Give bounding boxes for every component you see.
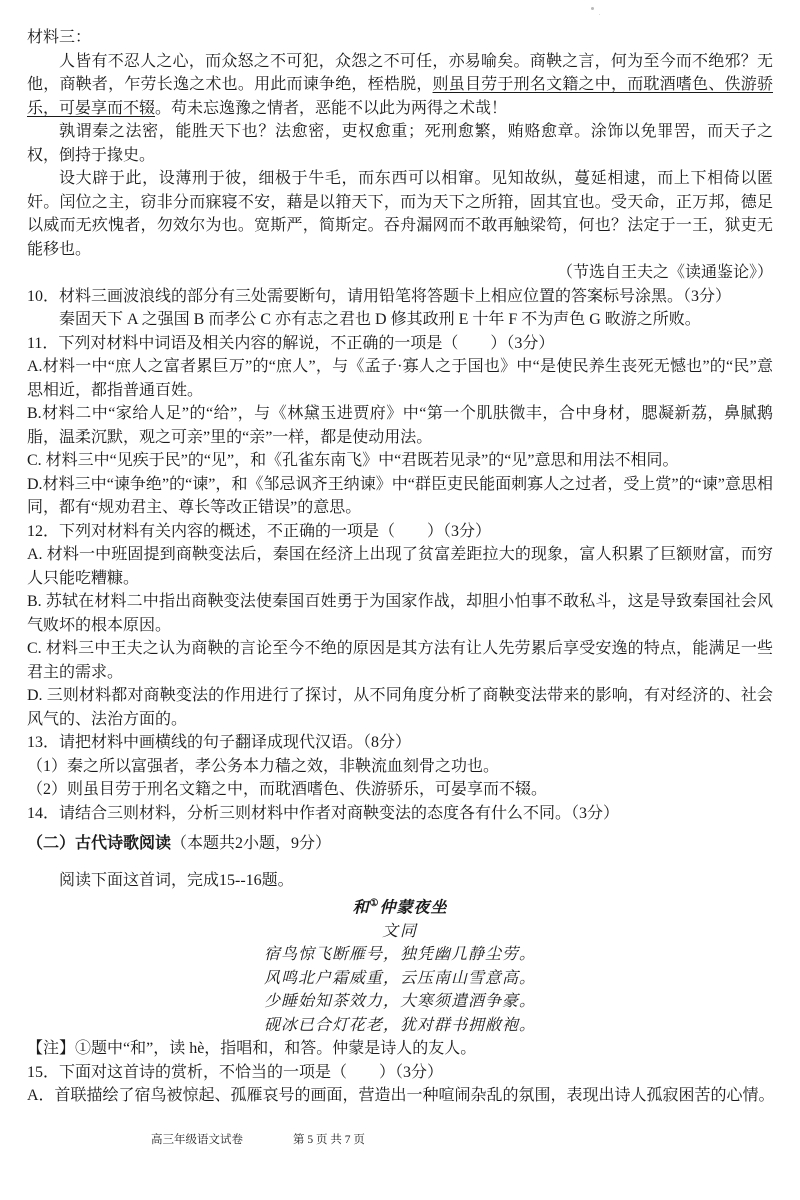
q12-option-a: A. 材料一中班固提到商鞅变法后，秦国在经济上出现了贫富差距拉大的现象，富人积累…: [27, 543, 773, 590]
poem-title: 和①仲蒙夜坐: [27, 892, 773, 920]
footer-page-indicator: 第 5 页 共 7 页: [293, 1131, 365, 1147]
material3-paragraph-1: 人皆有不忍人之心，而众怒之不可犯，众怨之不可任，亦易喻矣。商鞅之言，何为至今而不…: [27, 50, 773, 121]
section2-heading-title: （二）古代诗歌阅读: [27, 835, 171, 852]
poem-title-note-mark: ①: [370, 898, 380, 909]
poem: 和①仲蒙夜坐 文同 宿鸟惊飞断雁号，独凭幽几静尘劳。 风鸣北户霜威重，云压南山雪…: [27, 892, 773, 1037]
section2-heading-subtitle: （本题共2小题，9分）: [171, 835, 331, 852]
paragraph1-post: 。苟未忘逸豫之情者，恶能不以此为两得之术哉！: [155, 100, 507, 117]
poem-line: 风鸣北户霜威重，云压南山雪意高。: [27, 967, 773, 991]
source-attribution: （节选自王夫之《读通鉴论》）: [27, 261, 773, 285]
poem-title-pre: 和: [353, 899, 370, 916]
material3-label: 材料三：: [27, 26, 773, 50]
q12-option-c: C. 材料三中王夫之认为商鞅的言论至今不绝的原因是其方法有让人先劳累后享受安逸的…: [27, 637, 773, 684]
q14-stem: 14．请结合三则材料，分析三则材料中作者对商鞅变法的态度各有什么不同。（3分）: [27, 802, 773, 826]
q11-option-c: C. 材料三中“见疾于民”的“见”，和《孔雀东南飞》中“君既若见录”的“见”意思…: [27, 449, 773, 473]
poem-line: 少睡始知茶效力，大寒须遣酒争豪。: [27, 990, 773, 1014]
scan-artifact: [591, 7, 594, 10]
q15-option-a: A．首联描绘了宿鸟被惊起、孤雁哀号的画面，营造出一种喧闹杂乱的氛围，表现出诗人孤…: [27, 1084, 773, 1108]
page-footer: 高三年级语文试卷 第 5 页 共 7 页: [0, 1131, 800, 1147]
q12-stem: 12．下列对材料有关内容的概述，不正确的一项是（ ）（3分）: [27, 520, 773, 544]
q11-option-b: B.材料二中“家给人足”的“给”，与《林黛玉进贾府》中“第一个肌肤微丰，合中身材…: [27, 402, 773, 449]
exam-content: 材料三： 人皆有不忍人之心，而众怒之不可犯，众怨之不可任，亦易喻矣。商鞅之言，何…: [27, 26, 773, 1108]
q11-stem: 11．下列对材料中词语及相关内容的解说，不正确的一项是（ ）（3分）: [27, 332, 773, 356]
poem-line: 砚冰已合灯花老，犹对群书拥敝袍。: [27, 1014, 773, 1038]
q13-stem: 13．请把材料中画横线的句子翻译成现代汉语。（8分）: [27, 731, 773, 755]
material3-paragraph-3: 设大辟于此，设薄刑于彼，细极于牛毛，而东西可以相窜。见知故纵，蔓延相逮，而上下相…: [27, 167, 773, 261]
q10-stem: 10．材料三画波浪线的部分有三处需要断句，请用铅笔将答题卡上相应位置的答案标号涂…: [27, 285, 773, 309]
poem-note: 【注】①题中“和”，读 hè，指唱和，和答。仲蒙是诗人的友人。: [27, 1037, 773, 1061]
poem-line: 宿鸟惊飞断雁号，独凭幽几静尘劳。: [27, 943, 773, 967]
material3-paragraph-2: 孰谓秦之法密，能胜天下也？法愈密，吏权愈重；死刑愈繁，贿赂愈章。涂饰以免罪罟，而…: [27, 120, 773, 167]
reading-instruction: 阅读下面这首词，完成15--16题。: [27, 869, 773, 893]
q13-sub-1: （1）秦之所以富强者，孝公务本力穑之效，非鞅流血刻骨之功也。: [27, 755, 773, 779]
section2-heading: （二）古代诗歌阅读（本题共2小题，9分）: [27, 832, 773, 856]
q11-option-d: D.材料三中“谏争绝”的“谏”，和《邹忌讽齐王纳谏》中“群臣吏民能面刺寡人之过者…: [27, 473, 773, 520]
footer-paper-title: 高三年级语文试卷: [151, 1131, 243, 1147]
q10-sentence: 秦固天下 A 之强国 B 而孝公 C 亦有志之君也 D 修其政刑 E 十年 F …: [27, 308, 773, 332]
q15-stem: 15．下面对这首诗的赏析，不恰当的一项是（ ）（3分）: [27, 1061, 773, 1085]
q13-sub-2: （2）则虽目劳于刑名文籍之中，而耽酒嗜色、佚游骄乐，可晏享而不辍。: [27, 778, 773, 802]
q12-option-b: B. 苏轼在材料二中指出商鞅变法使秦国百姓勇于为国家作战，却胆小怕事不敢私斗，这…: [27, 590, 773, 637]
exam-page: 材料三： 人皆有不忍人之心，而众怒之不可犯，众怨之不可任，亦易喻矣。商鞅之言，何…: [0, 0, 800, 1200]
poem-title-post: 仲蒙夜坐: [379, 899, 447, 916]
poem-author: 文同: [27, 920, 773, 944]
q12-option-d: D. 三则材料都对商鞅变法的作用进行了探讨，从不同角度分析了商鞅变法带来的影响，…: [27, 684, 773, 731]
q11-option-a: A.材料一中“庶人之富者累巨万”的“庶人”，与《孟子·寡人之于国也》中“是使民养…: [27, 355, 773, 402]
